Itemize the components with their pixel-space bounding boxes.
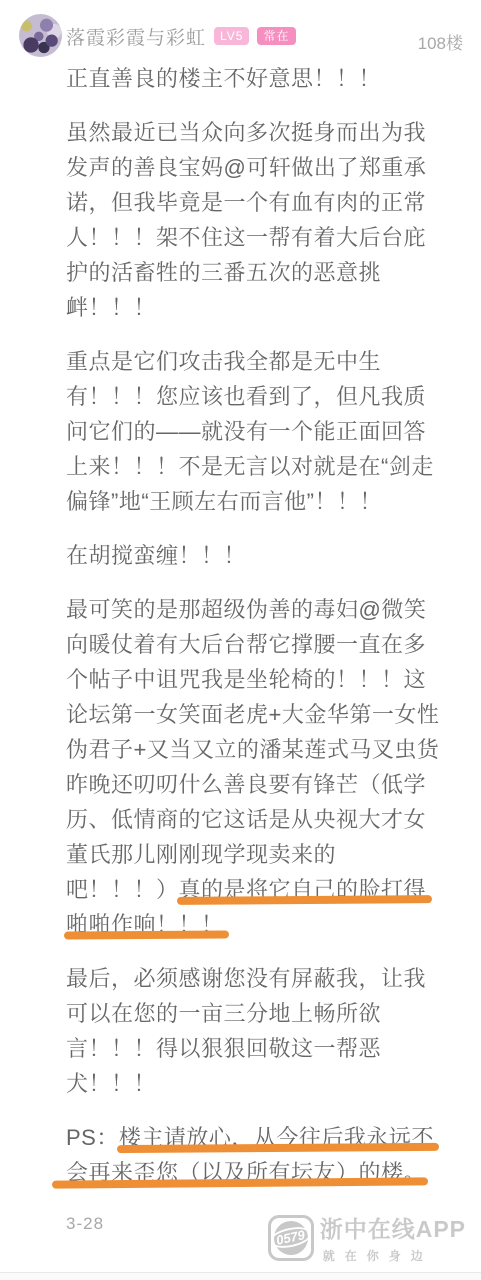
text-line: 正直善良的楼主不好意思！！！ (66, 61, 466, 96)
logo-circle: 0579 (274, 1221, 308, 1255)
text-line: 言！！！得以狠狠回敬这一帮恶 (66, 1031, 466, 1066)
text-line: 向暖仗着有大后台帮它撑腰一直在多 (66, 627, 466, 662)
text-line: 在胡搅蛮缠！！！ (66, 538, 466, 573)
text-line: 人！！！架不住这一帮有着大后台庇 (66, 220, 466, 255)
text-line: 昨晚还叨叨什么善良要有锋芒（低学 (66, 767, 466, 802)
underlined-text: 会再来歪您（以及所有坛友）的楼。 (66, 1160, 426, 1185)
text-segment: 虽然最近已当众向多次挺身而出为我 (66, 120, 426, 145)
text-line: 会再来歪您（以及所有坛友）的楼。 (66, 1155, 466, 1190)
text-line: 历、低情商的它这话是从央视大才女 (66, 802, 466, 837)
text-segment: 伪君子+又当又立的潘某莲式马叉虫货 (66, 737, 439, 762)
text-line: 偏锋”地“王顾左右而言他”！！！ (66, 484, 466, 519)
text-line: 护的活畜牲的三番五次的恶意挑 (66, 255, 466, 290)
text-segment: 吧！！！） (66, 877, 179, 902)
level-badge: LV5 (214, 27, 249, 45)
avatar[interactable] (19, 14, 62, 57)
underlined-text: 真的是将它自己的脸打得 (179, 877, 427, 902)
post-date: 3-28 (66, 1214, 104, 1234)
text-segment: 重点是它们攻击我全都是无中生 (66, 349, 381, 374)
text-line: 最后，必须感谢您没有屏蔽我，让我 (66, 961, 466, 996)
text-segment: 正直善良的楼主不好意思！！！ (66, 66, 381, 91)
watermark-zhezhong-app: 0579 浙中在线APP 就在你身边 (268, 1211, 466, 1264)
underlined-text: 楼主请放心，从今往后我永远不 (119, 1125, 434, 1150)
text-line: 衅！！！ (66, 290, 466, 325)
text-line: 伪君子+又当又立的潘某莲式马叉虫货 (66, 732, 466, 767)
text-segment: 可以在您的一亩三分地上畅所欲 (66, 1001, 381, 1026)
text-segment: 历、低情商的它这话是从央视大才女 (66, 807, 426, 832)
logo-number: 0579 (270, 1224, 312, 1251)
text-segment: 发声的善良宝妈@可轩做出了郑重承 (66, 155, 426, 180)
text-line: 诺，但我毕竟是一个有血有肉的正常 (66, 185, 466, 220)
paragraph: 重点是它们攻击我全都是无中生有！！！您应该也看到了，但凡我质问它们的——就没有一… (66, 344, 466, 519)
status-badge: 常在 (257, 27, 295, 45)
text-line: 最可笑的是那超级伪善的毒妇@微笑 (66, 592, 466, 627)
text-segment: 偏锋”地“王顾左右而言他”！！！ (66, 489, 382, 514)
watermark-subtitle: 就在你身边 (320, 1247, 466, 1264)
text-segment: 董氏那儿刚刚现学现卖来的 (66, 842, 336, 867)
text-segment: 犬！！！ (66, 1071, 156, 1096)
text-segment: 最后，必须感谢您没有屏蔽我，让我 (66, 966, 426, 991)
text-line: 虽然最近已当众向多次挺身而出为我 (66, 115, 466, 150)
paragraph: PS：楼主请放心，从今往后我永远不会再来歪您（以及所有坛友）的楼。 (66, 1120, 466, 1190)
text-line: PS：楼主请放心，从今往后我永远不 (66, 1120, 466, 1155)
paragraph: 最可笑的是那超级伪善的毒妇@微笑向暖仗着有大后台帮它撑腰一直在多个帖子中诅咒我是… (66, 592, 466, 942)
text-segment: 有！！！您应该也看到了，但凡我质 (66, 384, 426, 409)
paragraph: 最后，必须感谢您没有屏蔽我，让我可以在您的一亩三分地上畅所欲言！！！得以狠狠回敬… (66, 961, 466, 1101)
text-line: 吧！！！）真的是将它自己的脸打得 (66, 872, 466, 907)
paragraph: 在胡搅蛮缠！！！ (66, 538, 466, 573)
text-segment: 言！！！得以狠狠回敬这一帮恶 (66, 1036, 381, 1061)
underlined-text: 啪啪作响！！！ (66, 912, 224, 937)
forum-comment-card: 落霞彩霞与彩虹 LV5 常在 108楼 正直善良的楼主不好意思！！！虽然最近已当… (0, 0, 481, 1280)
text-line: 论坛第一女笑面老虎+大金华第一女性 (66, 697, 466, 732)
text-line: 上来！！！不是无言以对就是在“剑走 (66, 449, 466, 484)
watermark-text: 浙中在线APP 就在你身边 (320, 1211, 466, 1264)
text-segment: 诺，但我毕竟是一个有血有肉的正常 (66, 190, 426, 215)
text-segment: 论坛第一女笑面老虎+大金华第一女性 (66, 702, 439, 727)
paragraph: 正直善良的楼主不好意思！！！ (66, 61, 466, 96)
text-segment: 上来！！！不是无言以对就是在“剑走 (66, 454, 434, 479)
text-segment: 衅！！！ (66, 295, 156, 320)
text-line: 犬！！！ (66, 1066, 466, 1101)
text-segment: 最可笑的是那超级伪善的毒妇@微笑 (66, 597, 426, 622)
comment-header: 落霞彩霞与彩虹 LV5 常在 (66, 24, 296, 48)
text-line: 个帖子中诅咒我是坐轮椅的！！！这 (66, 662, 466, 697)
text-line: 可以在您的一亩三分地上畅所欲 (66, 996, 466, 1031)
text-segment: 问它们的——就没有一个能正面回答 (66, 419, 426, 444)
text-segment: PS： (66, 1125, 119, 1150)
bottom-divider (0, 1272, 481, 1280)
text-line: 董氏那儿刚刚现学现卖来的 (66, 837, 466, 872)
paragraph: 虽然最近已当众向多次挺身而出为我发声的善良宝妈@可轩做出了郑重承诺，但我毕竟是一… (66, 115, 466, 325)
app-logo-icon: 0579 (268, 1215, 314, 1261)
text-segment: 昨晚还叨叨什么善良要有锋芒（低学 (66, 772, 426, 797)
text-line: 发声的善良宝妈@可轩做出了郑重承 (66, 150, 466, 185)
text-segment: 个帖子中诅咒我是坐轮椅的！！！这 (66, 667, 426, 692)
text-segment: 人！！！架不住这一帮有着大后台庇 (66, 225, 426, 250)
username[interactable]: 落霞彩霞与彩虹 (66, 23, 206, 50)
text-segment: 护的活畜牲的三番五次的恶意挑 (66, 260, 381, 285)
floor-number: 108楼 (418, 29, 463, 54)
text-line: 有！！！您应该也看到了，但凡我质 (66, 379, 466, 414)
text-segment: 向暖仗着有大后台帮它撑腰一直在多 (66, 632, 426, 657)
text-line: 重点是它们攻击我全都是无中生 (66, 344, 466, 379)
post-body: 正直善良的楼主不好意思！！！虽然最近已当众向多次挺身而出为我发声的善良宝妈@可轩… (66, 61, 466, 1190)
text-line: 问它们的——就没有一个能正面回答 (66, 414, 466, 449)
watermark-title: 浙中在线APP (320, 1211, 466, 1244)
text-segment: 在胡搅蛮缠！！！ (66, 543, 246, 568)
text-line: 啪啪作响！！！ (66, 907, 466, 942)
